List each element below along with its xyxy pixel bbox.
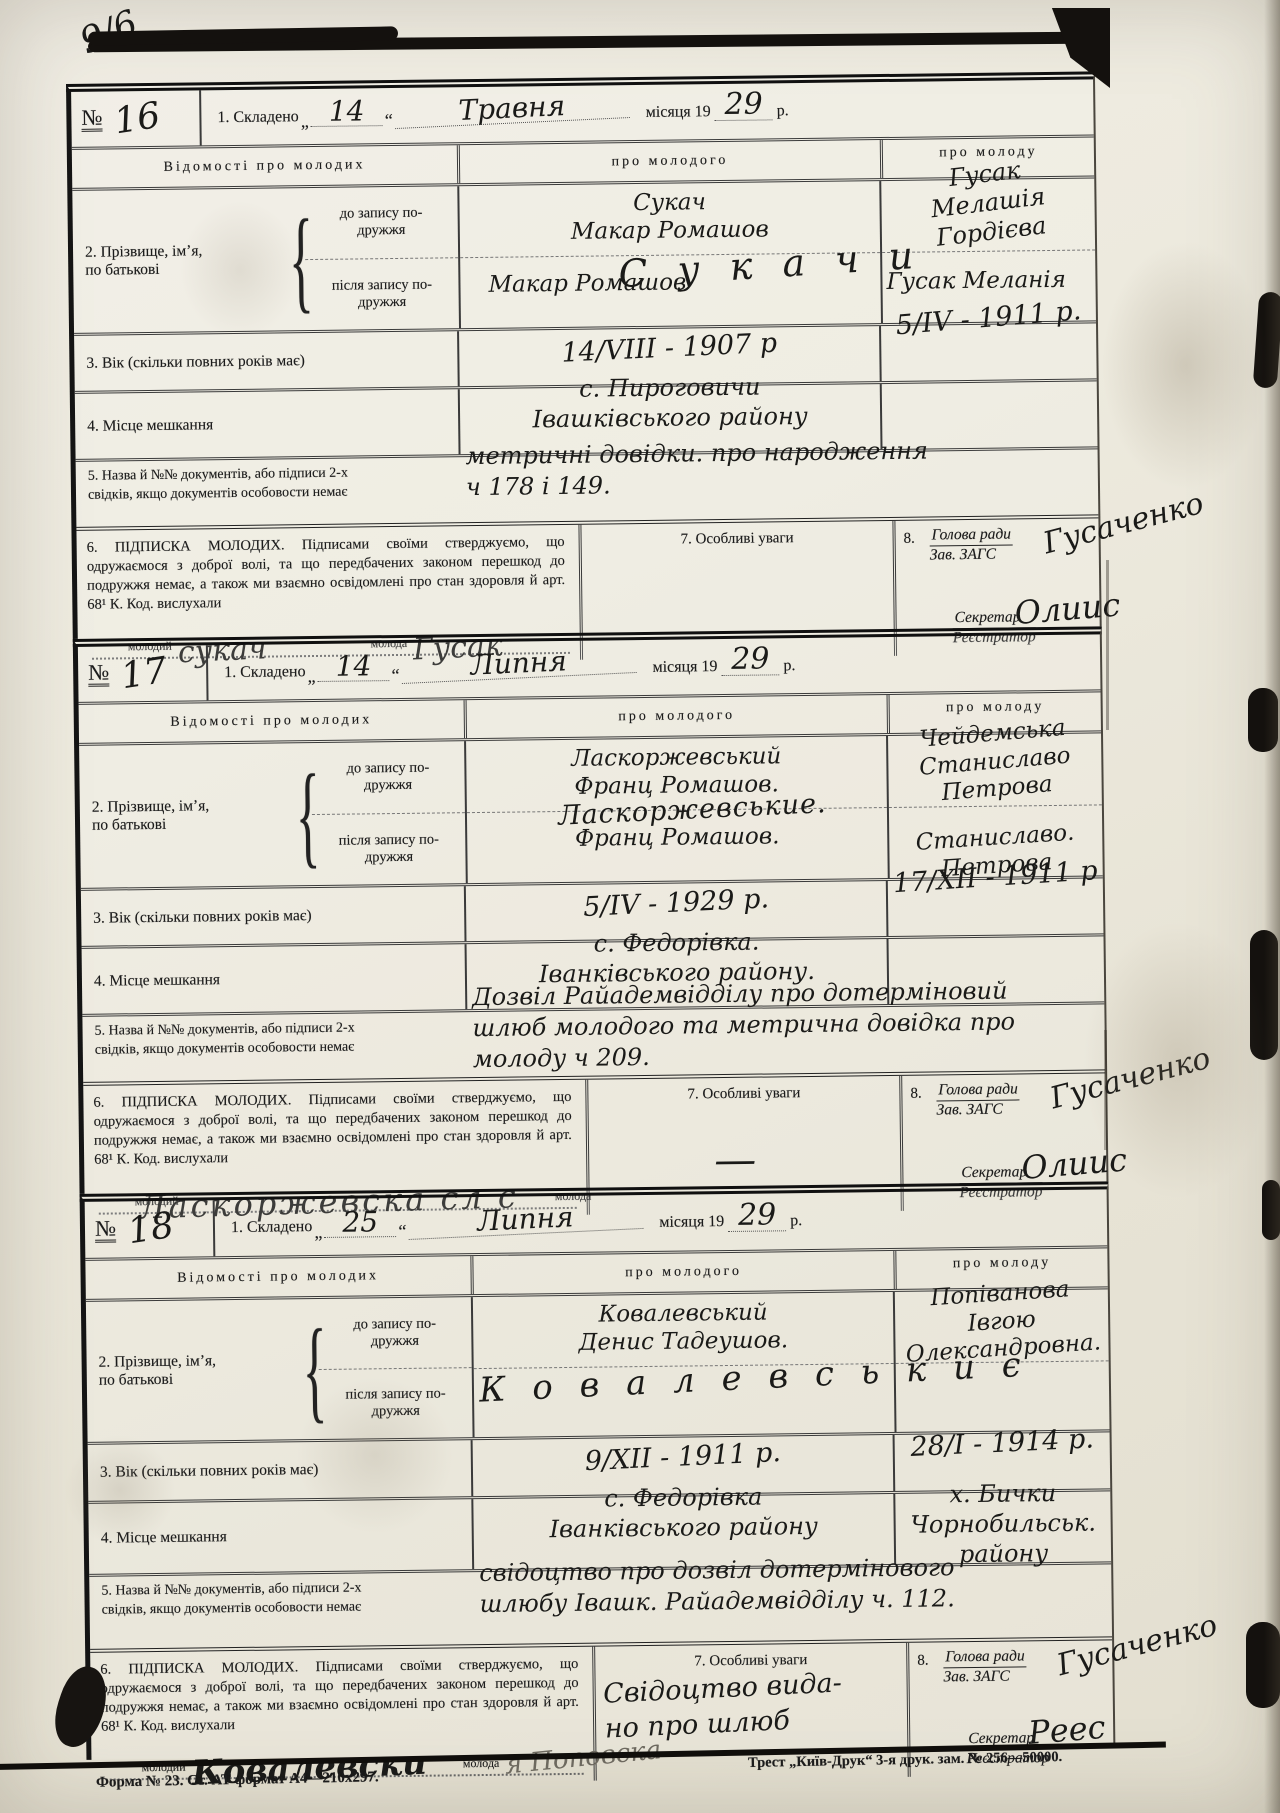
- bride-name-cell: Чейдемська Станиславо Петрова Станиславо…: [888, 733, 1103, 878]
- record-number-value: 18: [126, 1208, 177, 1251]
- brace-decoration: {: [302, 1302, 328, 1436]
- right-edge-shadow: [1264, 0, 1280, 1813]
- year-value: 29: [728, 1200, 786, 1232]
- before-marriage-label: до запису по- дружжя: [311, 741, 465, 814]
- page-edge-line: [1106, 560, 1109, 730]
- residence-row-label: 4. Місце мешкання: [75, 389, 461, 459]
- groom-birthdate: 9/XII - 1911 р.: [472, 1432, 893, 1483]
- page-edge-line: [1104, 1030, 1107, 1150]
- documents-value: Дозвіл Райадемвідділу про дотерміновий ш…: [472, 975, 1016, 1075]
- year-suffix-label: р.: [783, 657, 795, 675]
- residence-row-label: 4. Місце мешкання: [88, 1499, 474, 1574]
- documents-row: 5. Назва й №№ документів, або підписи 2-…: [76, 449, 1099, 530]
- quote-close: “: [385, 110, 393, 131]
- quote-close: “: [391, 665, 399, 686]
- month-value: Липня: [408, 1199, 644, 1239]
- record-16: № 16 1. Складено „ 14 “ Травня місяця 19…: [66, 71, 1102, 639]
- stain: [1095, 230, 1275, 500]
- quote-open: „: [307, 666, 315, 687]
- brace-decoration: {: [295, 747, 321, 881]
- groom-name-before: Ковалевський Денис Тадеушов.: [473, 1298, 894, 1358]
- zags-label: Зав. ЗАГС: [936, 1100, 1020, 1119]
- name-row-label: {2. Прізвище, ім’я, по батькові: [79, 743, 313, 888]
- zags-label: Зав. ЗАГС: [943, 1667, 1027, 1686]
- age-row-label: 3. Вік (скільки повних років має): [81, 886, 467, 946]
- after-marriage-label: після запису по- дружжя: [319, 1368, 473, 1439]
- name-sublabels: до запису по- дружжя після запису по- др…: [318, 1297, 475, 1439]
- age-row-label: 3. Вік (скільки повних років має): [74, 331, 460, 391]
- month-value: Травня: [394, 89, 630, 129]
- remarks-value: —: [714, 1133, 757, 1188]
- after-marriage-label: після запису по- дружжя: [305, 258, 459, 330]
- name-sublabels: до запису по- дружжя після запису по- др…: [304, 186, 461, 330]
- composed-label: 1. Складено: [224, 663, 306, 682]
- name-sublabels: до запису по- дружжя після запису по- др…: [311, 741, 468, 885]
- name-row: {2. Прізвище, ім’я, по батькові до запис…: [79, 733, 1103, 890]
- record-number-value: 16: [112, 97, 163, 140]
- record-number-value: 17: [119, 652, 170, 695]
- composed-label: 1. Складено: [231, 1218, 313, 1237]
- header-newlyweds: Відомості про молодих: [79, 700, 467, 743]
- year-suffix-label: р.: [790, 1212, 802, 1230]
- documents-value: метричні довідки. про народження ч 178 і…: [465, 435, 928, 503]
- day-value: 14: [317, 652, 389, 682]
- remarks-label: 7. Особливі уваги: [588, 1084, 899, 1105]
- record-number-cell: № 17: [78, 645, 209, 702]
- composed-label: 1. Складено: [217, 108, 299, 127]
- header-newlyweds: Відомості про молодих: [72, 145, 460, 188]
- day-value: 25: [324, 1208, 396, 1238]
- record-number-cell: № 18: [85, 1200, 216, 1258]
- groom-name-after: Франц Ромашов.: [467, 822, 887, 855]
- header-groom: про молодого: [460, 140, 883, 183]
- residence-row-label: 4. Місце мешкання: [82, 944, 468, 1014]
- secretary-signature: Олиис: [1020, 1140, 1129, 1187]
- quote-close: “: [398, 1220, 406, 1241]
- month-label: місяця 19: [646, 103, 711, 122]
- head-of-council-labels: Голова ради Зав. ЗАГС: [929, 525, 1013, 564]
- record-17: № 17 1. Складено „ 14 “ Липня місяця 19 …: [73, 626, 1109, 1194]
- month-label: місяця 19: [652, 658, 717, 677]
- scanned-registry-page: { "page": { "pencil_note": "9/6", "foote…: [0, 0, 1280, 1813]
- quote-open: „: [314, 1221, 322, 1242]
- groom-birthdate: 14/VIII - 1907 р: [459, 323, 880, 374]
- age-row-label: 3. Вік (скільки повних років має): [88, 1440, 474, 1501]
- month-value: Липня: [401, 644, 637, 684]
- documents-row-label: 5. Назва й №№ документів, або підписи 2-…: [82, 1012, 468, 1082]
- pledge-text: 6. ПІДПИСКА МОЛОДИХ. Підписами своїми ст…: [93, 1088, 572, 1170]
- number-sign-label: №: [95, 1217, 116, 1242]
- remarks-label: 7. Особливі уваги: [595, 1651, 906, 1672]
- officials-number-label: 8.: [917, 1653, 928, 1670]
- record-number-cell: № 16: [71, 90, 202, 147]
- head-of-council-labels: Голова ради Зав. ЗАГС: [936, 1080, 1020, 1119]
- bride-age-cell: 5/IV - 1911 р.: [881, 323, 1097, 381]
- year-suffix-label: р.: [777, 102, 789, 120]
- name-row-label: {2. Прізвище, ім’я, по батькові: [72, 188, 306, 333]
- pledge-text: 6. ПІДПИСКА МОЛОДИХ. Підписами своїми ст…: [87, 533, 566, 615]
- number-sign-label: №: [88, 662, 109, 687]
- brace-decoration: {: [288, 192, 314, 326]
- head-of-council-label: Голова ради: [936, 1080, 1020, 1101]
- groom-birthdate: 5/IV - 1929 р.: [466, 878, 887, 929]
- head-of-council-label: Голова ради: [943, 1647, 1027, 1668]
- before-marriage-label: до запису по- дружжя: [304, 186, 458, 259]
- after-marriage-label: після запису по- дружжя: [312, 813, 466, 885]
- zags-label: Зав. ЗАГС: [930, 545, 1014, 564]
- officials-number-label: 8.: [910, 1086, 921, 1103]
- documents-row: 5. Назва й №№ документів, або підписи 2-…: [82, 1004, 1105, 1085]
- groom-residence: с. Пироговичи Івашківського району: [460, 370, 881, 435]
- header-groom: про молодого: [473, 1251, 896, 1294]
- pledge-text: 6. ПІДПИСКА МОЛОДИХ. Підписами своїми ст…: [100, 1655, 579, 1737]
- name-row-label: {2. Прізвище, ім’я, по батькові: [86, 1299, 320, 1442]
- header-groom: про молодого: [467, 695, 890, 738]
- name-row: {2. Прізвище, ім’я, по батькові до запис…: [86, 1289, 1110, 1444]
- remarks-value: Свідоцтво вида- но про шлюб: [602, 1666, 844, 1747]
- before-marriage-label: до запису по- дружжя: [318, 1297, 472, 1369]
- record-18: № 18 1. Складено „ 25 “ Липня місяця 19 …: [80, 1181, 1116, 1760]
- year-value: 29: [714, 89, 772, 121]
- year-value: 29: [721, 644, 779, 676]
- day-value: 14: [311, 97, 383, 127]
- bride-name-before: Чейдемська Станиславо Петрова: [885, 712, 1104, 812]
- documents-row-label: 5. Назва й №№ документів, або підписи 2-…: [89, 1572, 475, 1649]
- quote-open: „: [301, 111, 309, 132]
- header-newlyweds: Відомості про молодих: [85, 1256, 473, 1299]
- registry-form: № 16 1. Складено „ 14 “ Травня місяця 19…: [66, 71, 1115, 1759]
- documents-value: свідоцтво про дозвіл дотермінового шлюбу…: [479, 1552, 955, 1620]
- documents-row-label: 5. Назва й №№ документів, або підписи 2-…: [76, 457, 462, 527]
- head-of-council-labels: Голова ради Зав. ЗАГС: [943, 1647, 1027, 1686]
- bride-age-cell: 17/XII - 1911 р: [888, 878, 1104, 936]
- head-of-council-label: Голова ради: [929, 525, 1013, 546]
- groom-residence: с. Федорівка Іванківського району: [473, 1480, 894, 1545]
- number-sign-label: №: [81, 107, 102, 132]
- officials-number-label: 8.: [904, 531, 915, 548]
- remarks-label: 7. Особливі уваги: [582, 529, 893, 550]
- documents-row: 5. Назва й №№ документів, або підписи 2-…: [89, 1564, 1112, 1652]
- month-label: місяця 19: [659, 1213, 724, 1232]
